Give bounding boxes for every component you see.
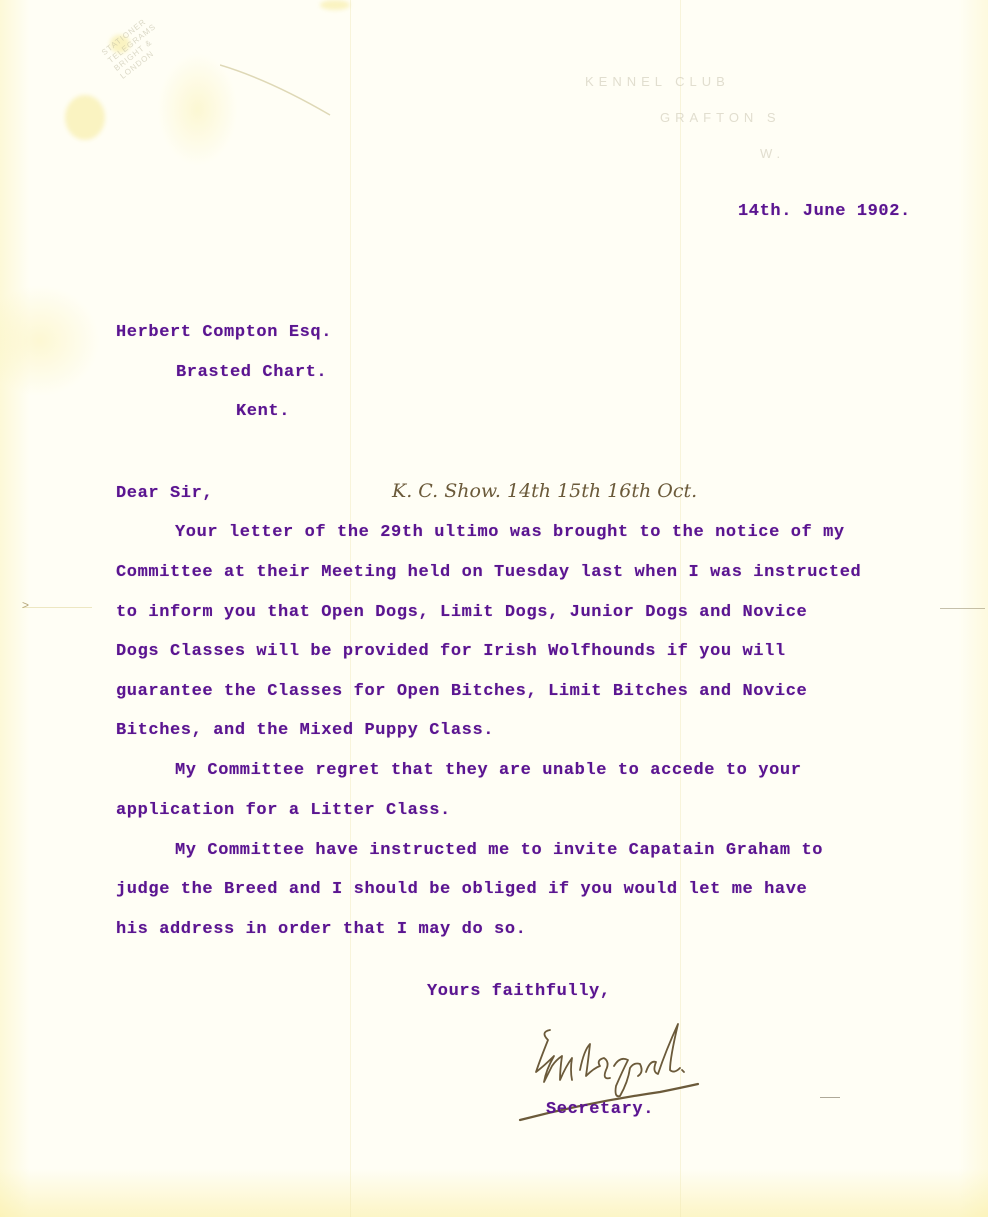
letter-date: 14th. June 1902. <box>738 202 911 221</box>
paper-crease-line <box>220 60 340 120</box>
embossed-stationer-stamp: STATIONER TELEGRAMS BRIGHT & LONDON <box>100 14 171 81</box>
body-line: guarantee the Classes for Open Bitches, … <box>116 682 807 701</box>
body-line: judge the Breed and I should be obliged … <box>116 880 807 899</box>
body-line: Committee at their Meeting held on Tuesd… <box>116 563 861 582</box>
paper-crease-mark <box>940 608 985 609</box>
paper-crease-mark <box>22 607 92 608</box>
body-line: My Committee regret that they are unable… <box>175 761 802 780</box>
recipient-name: Herbert Compton Esq. <box>116 323 332 342</box>
letter-paper: > STATIONER TELEGRAMS BRIGHT & LONDON KE… <box>0 0 988 1217</box>
body-line: Your letter of the 29th ultimo was broug… <box>175 523 845 542</box>
embossed-letterhead-line: GRAFTON S <box>660 110 781 125</box>
body-line: My Committee have instructed me to invit… <box>175 841 823 860</box>
body-line: to inform you that Open Dogs, Limit Dogs… <box>116 603 807 622</box>
paper-stain <box>320 0 350 10</box>
paper-mark <box>820 1097 840 1098</box>
salutation: Dear Sir, <box>116 484 213 503</box>
body-line: Dogs Classes will be provided for Irish … <box>116 642 786 661</box>
signatory-title: Secretary. <box>546 1100 654 1119</box>
margin-tick-mark: > <box>22 598 29 612</box>
paper-stain <box>65 95 105 140</box>
body-line: Bitches, and the Mixed Puppy Class. <box>116 721 494 740</box>
handwritten-annotation: K. C. Show. 14th 15th 16th Oct. <box>392 480 697 502</box>
embossed-letterhead-line: W. <box>760 146 785 161</box>
recipient-address-line: Kent. <box>236 402 290 421</box>
embossed-letterhead-line: KENNEL CLUB <box>585 74 730 89</box>
recipient-address-line: Brasted Chart. <box>176 363 327 382</box>
body-line: application for a Litter Class. <box>116 801 451 820</box>
body-line: his address in order that I may do so. <box>116 920 526 939</box>
closing: Yours faithfully, <box>427 982 611 1001</box>
